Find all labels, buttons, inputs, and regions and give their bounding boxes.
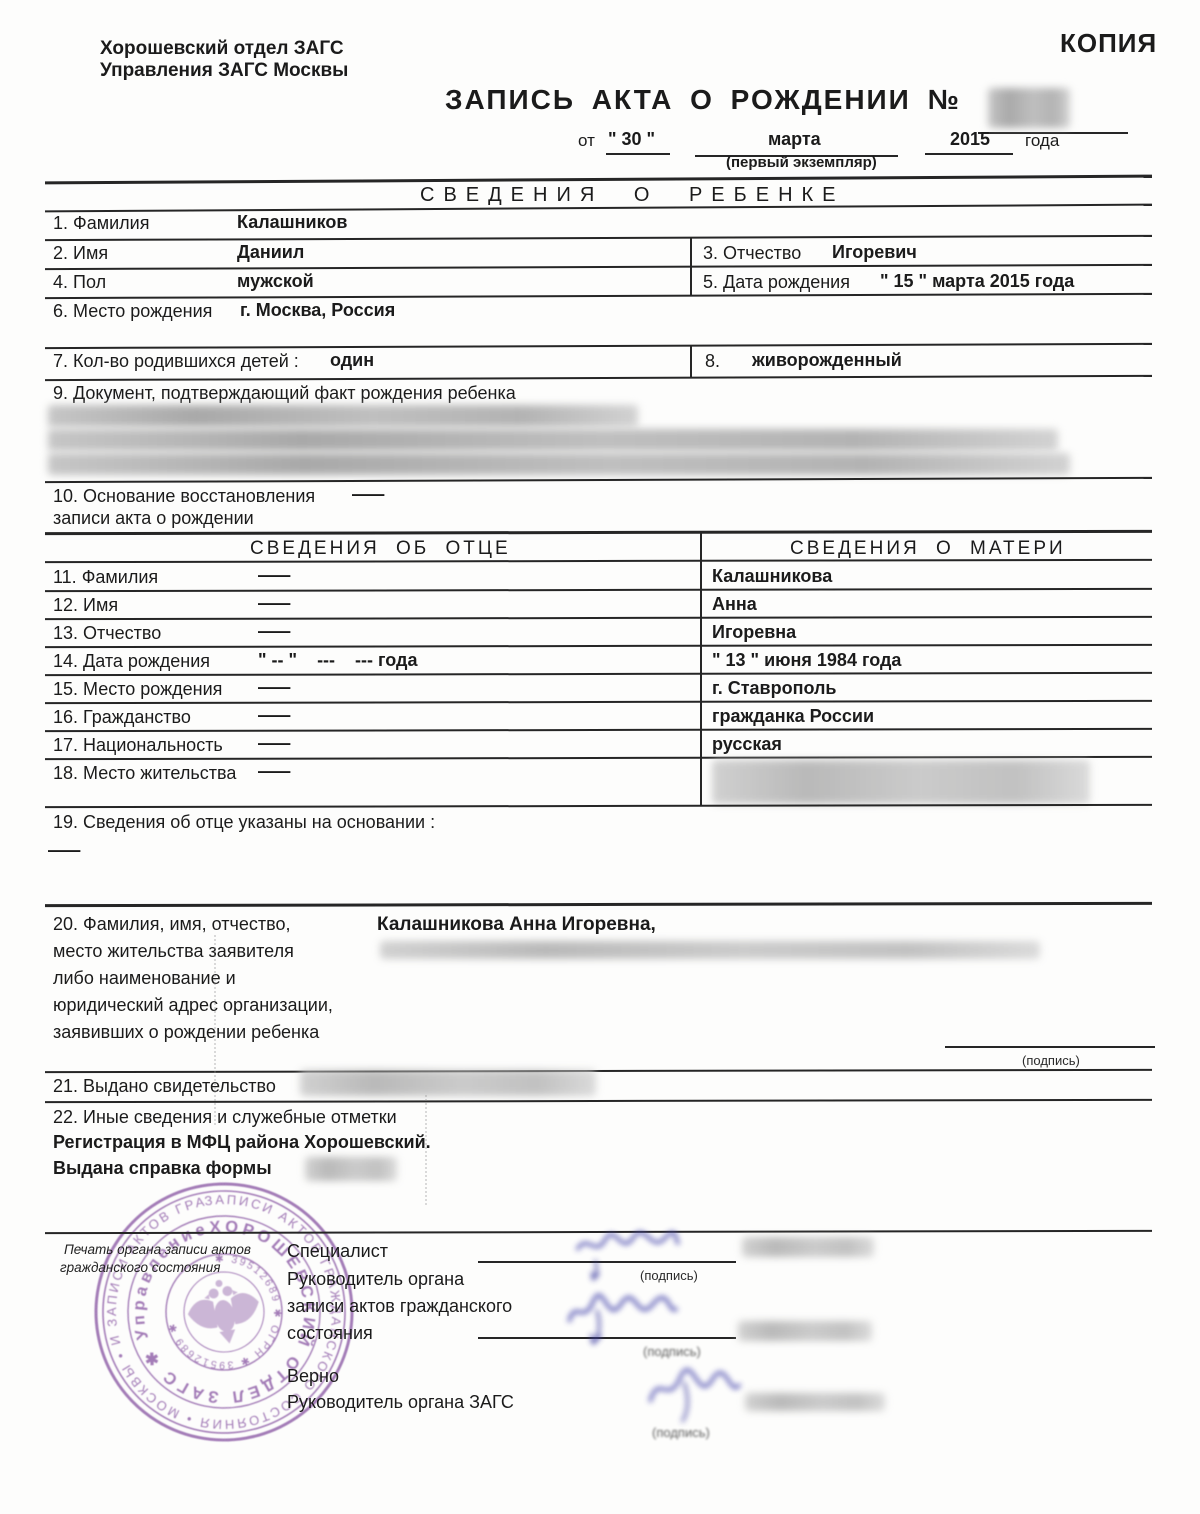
mother-cell: " 13 " июня 1984 года (712, 650, 901, 671)
father-cell: — (258, 565, 290, 586)
registrar2-signature (644, 1362, 744, 1426)
rule (45, 588, 1152, 592)
mother-cell: г. Ставрополь (712, 678, 837, 699)
section-rule (45, 902, 1152, 907)
date-prefix: от (578, 131, 595, 151)
child-surname-label: 1. Фамилия (53, 213, 149, 234)
father-cell: — (258, 593, 290, 614)
mother-cell: Игоревна (712, 622, 796, 643)
mother-cell: гражданка России (712, 706, 874, 727)
father-section-title: СВЕДЕНИЯ ОБ ОТЦЕ (250, 538, 511, 560)
rule (45, 616, 1152, 620)
father-cell: — (258, 733, 290, 754)
date-year-suffix: года (1025, 131, 1059, 151)
signature-caption: (подпись) (1022, 1053, 1080, 1068)
father-row-label: 13. Отчество (53, 623, 161, 644)
father-row-label: 18. Место жительства (53, 763, 236, 784)
father-basis-label: 19. Сведения об отце указаны на основани… (53, 812, 435, 833)
other-marks-label: 22. Иные сведения и служебные отметки (53, 1107, 397, 1128)
applicant-label-line2: место жительства заявителя (53, 941, 294, 962)
column-divider (690, 345, 692, 377)
applicant-value: Калашникова Анна Игоревна, (377, 914, 656, 936)
rule (45, 804, 1152, 808)
child-name-value: Даниил (237, 242, 304, 263)
child-name-label: 2. Имя (53, 243, 108, 264)
double-headed-eagle-emblem (183, 1274, 265, 1350)
rule (45, 375, 1152, 381)
redacted-record-number (988, 88, 1070, 128)
scan-artifact (214, 935, 216, 1125)
date-year: 2015 (950, 129, 990, 150)
signature-line (945, 1046, 1155, 1048)
first-copy-note: (первый экземпляр) (726, 154, 877, 171)
certified-label: Верно (287, 1366, 339, 1387)
redacted-specialist-name (742, 1237, 874, 1257)
child-surname-value: Калашников (237, 212, 347, 233)
registrar-label-line1: Руководитель органа (287, 1269, 464, 1290)
redacted-registrar-name (738, 1321, 872, 1341)
rule (45, 559, 1152, 563)
redacted-applicant-address (380, 941, 1040, 959)
rule (45, 672, 1152, 676)
redacted-document-line1 (48, 405, 638, 427)
rule (45, 235, 1152, 241)
certificate-label: 21. Выдано свидетельство (53, 1076, 276, 1097)
year-underline (925, 153, 1013, 155)
applicant-label-line1: 20. Фамилия, имя, отчество, (53, 914, 291, 935)
father-row-label: 12. Имя (53, 595, 118, 616)
date-day: " 30 " (608, 129, 655, 150)
child-patronymic-value: Игоревич (832, 242, 917, 263)
mother-cell: русская (712, 734, 782, 755)
father-cell: — (258, 621, 290, 642)
father-cell: " -- " --- --- года (258, 650, 418, 671)
parents-column-divider (700, 531, 702, 805)
children-count-value: один (330, 350, 374, 371)
rule (45, 343, 1152, 349)
signature-caption: (подпись) (652, 1425, 710, 1440)
restoration-label: 10. Основание восстановления (53, 486, 315, 507)
father-row-label: 16. Гражданство (53, 707, 191, 728)
child-birthdate-label: 5. Дата рождения (703, 272, 850, 293)
birth-document-label: 9. Документ, подтверждающий факт рождени… (53, 383, 516, 404)
rule (45, 1099, 1152, 1103)
applicant-label-line3: либо наименование и (53, 968, 236, 989)
rule (45, 293, 1152, 299)
applicant-label-line4: юридический адрес организации, (53, 995, 333, 1016)
father-row-label: 14. Дата рождения (53, 651, 210, 672)
scan-artifact (425, 1095, 427, 1205)
born-alive-value: живорожденный (752, 350, 902, 371)
redacted-document-line2 (48, 429, 1058, 451)
stamp-caption-line2: гражданского состояния (60, 1260, 220, 1275)
specialist-label: Специалист (287, 1241, 388, 1262)
redacted-certificate-number (300, 1070, 596, 1096)
redacted-registrar2-name (745, 1393, 885, 1411)
children-count-label: 7. Кол-во родившихся детей : (53, 351, 299, 372)
day-underline (606, 153, 670, 155)
father-basis-value: — (48, 840, 80, 861)
registrar-label-line3: состояния (287, 1323, 373, 1344)
date-month: марта (768, 129, 821, 150)
section-rule (45, 175, 1152, 185)
registrar2-label: Руководитель органа ЗАГС (287, 1392, 514, 1413)
mother-cell: Анна (712, 594, 757, 615)
registrar-signature (563, 1292, 683, 1348)
child-birthplace-value: г. Москва, Россия (240, 300, 395, 321)
section-rule (45, 530, 1152, 535)
rule (45, 700, 1152, 704)
rule (45, 264, 1152, 270)
child-sex-value: мужской (237, 271, 314, 292)
mother-cell: Калашникова (712, 566, 832, 587)
child-sex-label: 4. Пол (53, 272, 106, 293)
applicant-label-line5: заявивших о рождении ребенка (53, 1022, 319, 1043)
child-birthplace-label: 6. Место рождения (53, 301, 212, 322)
birth-record-document: Хорошевский отдел ЗАГС Управления ЗАГС М… (0, 0, 1200, 1514)
copy-label: КОПИЯ (1060, 28, 1157, 59)
father-row-label: 17. Национальность (53, 735, 223, 756)
father-row-label: 15. Место рождения (53, 679, 222, 700)
redacted-document-line3 (48, 453, 1070, 475)
restoration-dash: — (352, 484, 384, 505)
father-cell: — (258, 705, 290, 726)
specialist-signature (573, 1228, 683, 1284)
other-marks-note1: Регистрация в МФЦ района Хорошевский. (53, 1132, 431, 1153)
registrar-label-line2: записи актов гражданского (287, 1296, 512, 1317)
rule (45, 728, 1152, 732)
father-cell: — (258, 761, 290, 782)
restoration-label2: записи акта о рождении (53, 508, 254, 529)
document-title: ЗАПИСЬ АКТА О РОЖДЕНИИ № (445, 84, 961, 116)
issuer-line1: Хорошевский отдел ЗАГС (100, 38, 344, 60)
child-section-title: СВЕДЕНИЯ О РЕБЕНКЕ (420, 184, 845, 207)
born-alive-label: 8. (705, 351, 720, 372)
column-divider (690, 237, 692, 295)
father-cell: — (258, 677, 290, 698)
rule (45, 1069, 1152, 1073)
mother-section-title: СВЕДЕНИЯ О МАТЕРИ (790, 538, 1066, 560)
rule (45, 477, 1152, 483)
redacted-mother-address (712, 760, 1090, 804)
father-row-label: 11. Фамилия (53, 567, 158, 588)
child-patronymic-label: 3. Отчество (703, 243, 801, 264)
stamp-caption-line1: Печать органа записи актов (64, 1242, 251, 1257)
issuer-line2: Управления ЗАГС Москвы (100, 60, 348, 82)
child-birthdate-value: " 15 " марта 2015 года (880, 271, 1074, 292)
rule (45, 644, 1152, 648)
